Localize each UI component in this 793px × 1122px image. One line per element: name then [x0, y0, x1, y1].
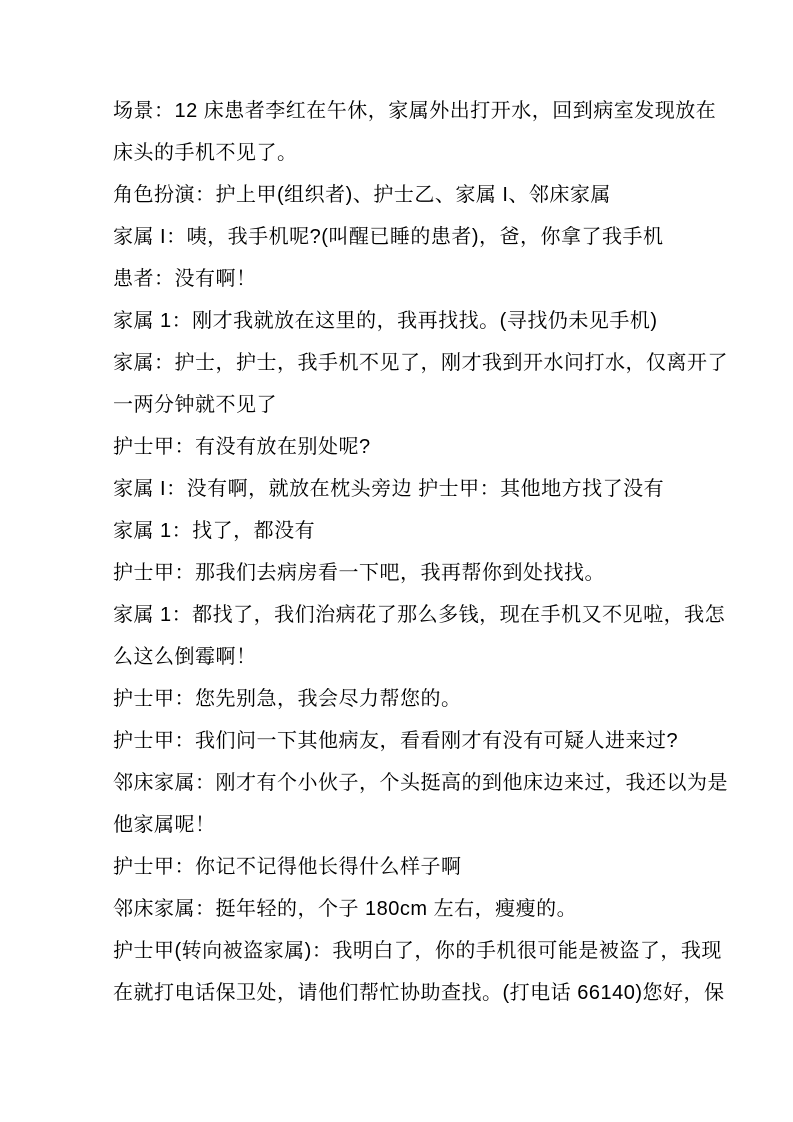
script-line: 护士甲：那我们去病房看一下吧，我再帮你到处找找。 [113, 552, 693, 594]
script-line: 家属：护士，护士，我手机不见了，刚才我到开水问打水，仅离开了 [113, 342, 693, 384]
script-line: 家属 1：都找了，我们治病花了那么多钱，现在手机又不见啦，我怎 [113, 594, 693, 636]
script-line: 患者：没有啊！ [113, 258, 693, 300]
script-line: 家属 I：没有啊，就放在枕头旁边 护士甲：其他地方找了没有 [113, 468, 693, 510]
script-line: 家属 1：找了，都没有 [113, 510, 693, 552]
script-line: 角色扮演：护上甲(组织者)、护士乙、家属 I、邻床家属 [113, 174, 693, 216]
script-line: 护士甲(转向被盗家属)：我明白了，你的手机很可能是被盗了，我现 [113, 930, 693, 972]
script-line: 护士甲：有没有放在别处呢? [113, 426, 693, 468]
script-line: 邻床家属：刚才有个小伙子，个头挺高的到他床边来过，我还以为是 [113, 762, 693, 804]
document-page: 场景：12 床患者李红在午休，家属外出打开水，回到病室发现放在 床头的手机不见了… [0, 0, 793, 1122]
script-line: 在就打电话保卫处，请他们帮忙协助查找。(打电话 66140)您好，保 [113, 972, 693, 1014]
script-line: 么这么倒霉啊！ [113, 636, 693, 678]
script-line: 家属 1：刚才我就放在这里的，我再找找。(寻找仍未见手机) [113, 300, 693, 342]
script-line: 他家属呢！ [113, 804, 693, 846]
script-line: 一两分钟就不见了 [113, 384, 693, 426]
script-text-block: 场景：12 床患者李红在午休，家属外出打开水，回到病室发现放在 床头的手机不见了… [113, 90, 693, 1014]
script-line: 护士甲：我们问一下其他病友，看看刚才有没有可疑人进来过? [113, 720, 693, 762]
script-line: 场景：12 床患者李红在午休，家属外出打开水，回到病室发现放在 [113, 90, 693, 132]
script-line: 床头的手机不见了。 [113, 132, 693, 174]
script-line: 护士甲：您先别急，我会尽力帮您的。 [113, 678, 693, 720]
script-line: 邻床家属：挺年轻的，个子 180cm 左右，瘦瘦的。 [113, 888, 693, 930]
script-line: 家属 I：咦，我手机呢?(叫醒已睡的患者)，爸，你拿了我手机 [113, 216, 693, 258]
script-line: 护士甲：你记不记得他长得什么样子啊 [113, 846, 693, 888]
